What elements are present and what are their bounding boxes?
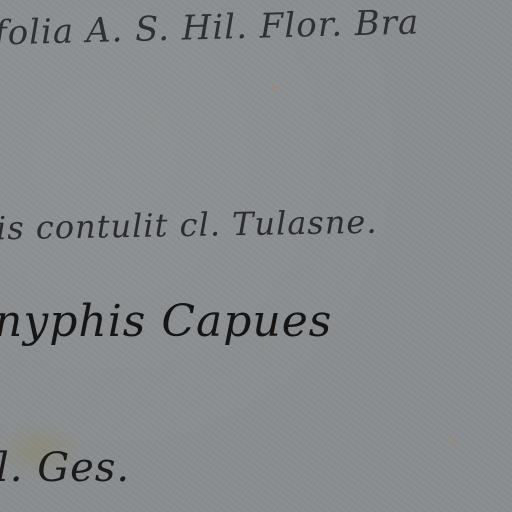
- herbarium-paper: folia A. S. Hil. Flor. Bra is contulit c…: [0, 0, 512, 512]
- handwriting-line-4: l. Ges.: [0, 445, 130, 491]
- paper-fiber: [272, 86, 277, 89]
- paper-fiber: [150, 120, 155, 123]
- handwriting-line-1: folia A. S. Hil. Flor. Bra: [0, 2, 420, 53]
- handwriting-line-3: nyphis Capues: [0, 296, 332, 347]
- handwriting-line-2: is contulit cl. Tulasne.: [0, 203, 378, 248]
- paper-fiber: [450, 441, 455, 444]
